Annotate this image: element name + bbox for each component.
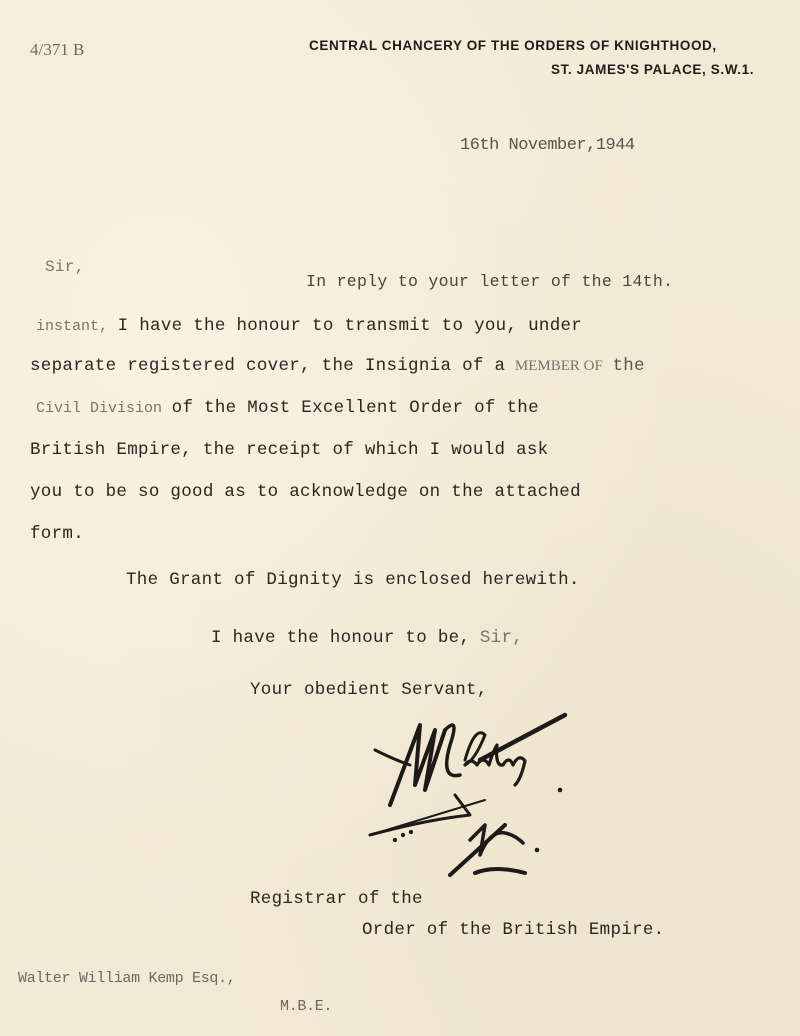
inserted-text-civil-division: Civil Division bbox=[36, 400, 162, 417]
body-line-1: In reply to your letter of the 14th. bbox=[306, 272, 673, 291]
letter-date: 16th November,1944 bbox=[460, 136, 635, 155]
recipient-name: Walter William Kemp Esq., bbox=[18, 970, 236, 987]
body-line-6: you to be so good as to acknowledge on t… bbox=[30, 482, 581, 502]
handwritten-signature bbox=[365, 705, 575, 890]
closing-line-1: I have the honour to be, Sir, bbox=[211, 628, 523, 648]
enclosure-note: The Grant of Dignity is enclosed herewit… bbox=[126, 570, 580, 590]
signatory-title-line-2: Order of the British Empire. bbox=[362, 920, 664, 940]
closing-line-2: Your obedient Servant, bbox=[250, 680, 488, 700]
inserted-text-member-of: MEMBER OF bbox=[515, 358, 603, 374]
salutation: Sir, bbox=[45, 258, 85, 276]
body-line-4: Civil Division of the Most Excellent Ord… bbox=[36, 398, 539, 418]
body-line-7: form. bbox=[30, 524, 84, 544]
signatory-title-line-1: Registrar of the bbox=[250, 889, 423, 909]
body-line-2: instant, I have the honour to transmit t… bbox=[36, 316, 582, 336]
letterhead-line-1: CENTRAL CHANCERY OF THE ORDERS OF KNIGHT… bbox=[309, 38, 717, 53]
body-line-3: separate registered cover, the Insignia … bbox=[30, 356, 645, 376]
body-line-5: British Empire, the receipt of which I w… bbox=[30, 440, 548, 460]
letterhead-line-2: ST. JAMES'S PALACE, S.W.1. bbox=[551, 62, 754, 77]
inserted-text-instant: instant, bbox=[36, 318, 108, 335]
file-reference: 4/371 B bbox=[30, 40, 84, 60]
recipient-honour: M.B.E. bbox=[280, 998, 332, 1015]
